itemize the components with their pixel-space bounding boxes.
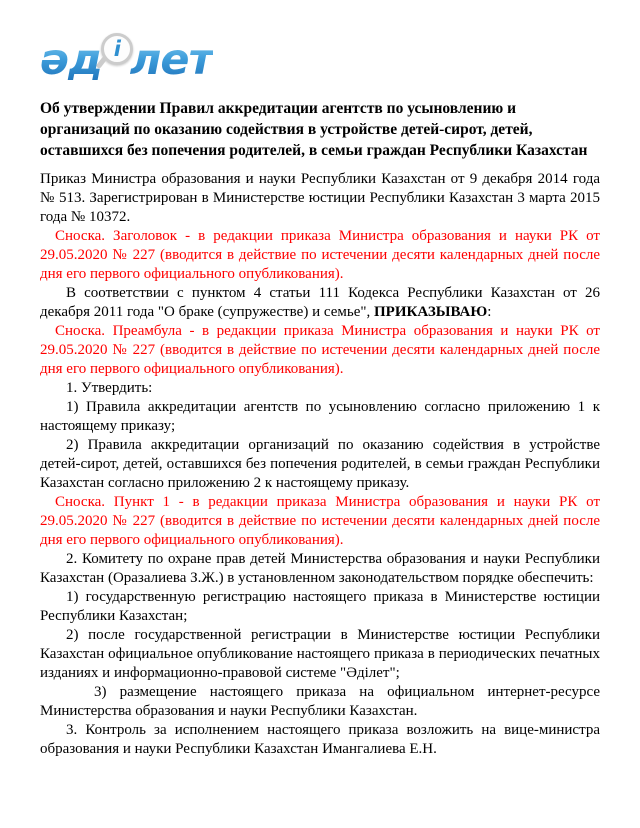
logo-text-part2: лет [130,34,213,86]
document-page: әд і лет Об утверждении Правил аккредита… [0,0,640,828]
magnifier-icon: і [101,33,133,65]
adilet-logo: әд і лет [40,34,600,88]
item-1-sub-2: 2) Правила аккредитации организаций по о… [40,436,600,493]
preamble: В соответствии с пунктом 4 статьи 111 Ко… [40,284,600,322]
preamble-colon: : [487,304,491,320]
item-1: 1. Утвердить: [40,379,600,398]
order-meta: Приказ Министра образования и науки Респ… [40,170,600,227]
logo-text-part1: әд [40,34,102,86]
item-2: 2. Комитету по охране прав детей Министе… [40,550,600,588]
prikazyvayu-emphasis: ПРИКАЗЫВАЮ [374,304,487,320]
footnote-preamble-amendment: Сноска. Преамбула - в редакции приказа М… [40,322,600,379]
item-2-sub-1: 1) государственную регистрацию настоящег… [40,588,600,626]
item-2-sub-2: 2) после государственной регистрации в М… [40,626,600,683]
footnote-title-amendment: Сноска. Заголовок - в редакции приказа М… [40,227,600,284]
footnote-item1-amendment: Сноска. Пункт 1 - в редакции приказа Мин… [40,493,600,550]
item-1-sub-1: 1) Правила аккредитации агентств по усын… [40,398,600,436]
item-3: 3. Контроль за исполнением настоящего пр… [40,721,600,759]
item-2-sub-3: 3) размещение настоящего приказа на офиц… [40,683,600,721]
logo-letter-i: і [114,39,120,60]
preamble-text: В соответствии с пунктом 4 статьи 111 Ко… [40,285,600,320]
document-title: Об утверждении Правил аккредитации агент… [40,98,600,161]
